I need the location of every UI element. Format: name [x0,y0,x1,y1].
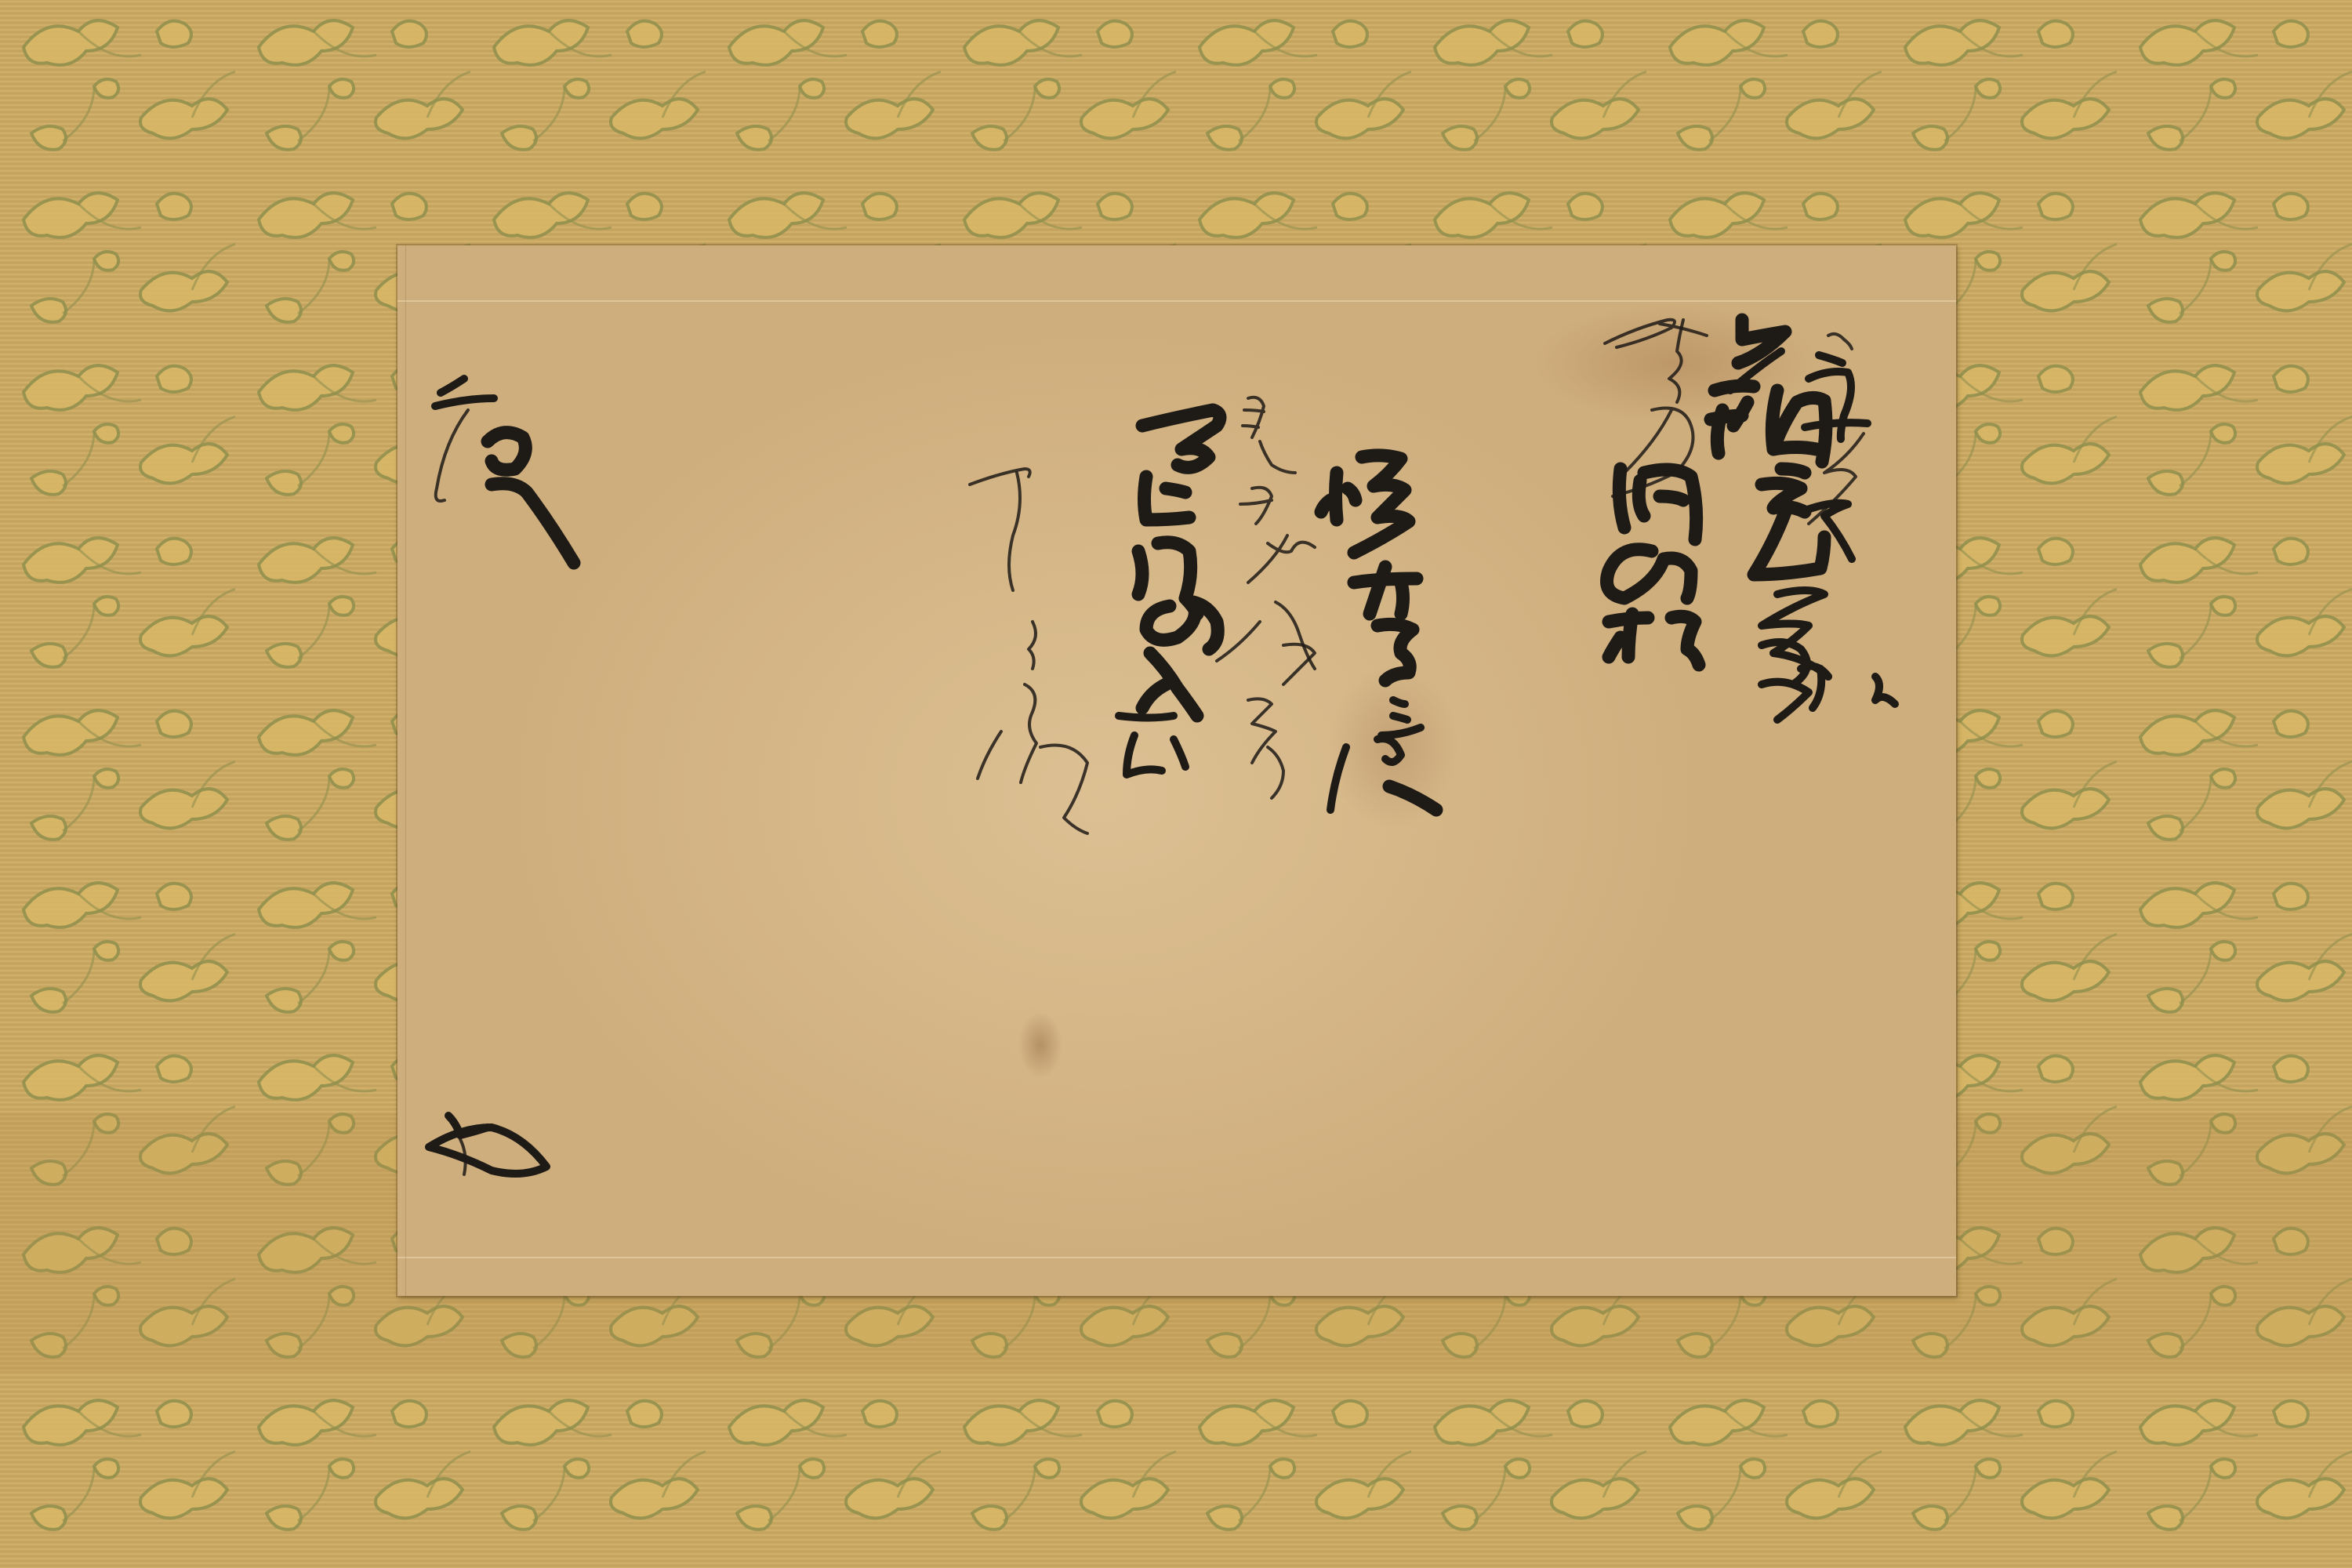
column-5 [1217,397,1315,798]
calligraphy-strokes [397,245,1956,1296]
scroll-photo: 之夜 巴 Japanese cursive kana (sōsho / chir… [0,0,2352,1568]
column-7 [970,469,1087,833]
calligraphy-ink [397,245,1956,1296]
column-6 [1119,410,1220,775]
column-4 [1321,456,1436,810]
signature [435,379,574,563]
calligraphy-paper [397,245,1956,1296]
column-3 [1605,320,1707,665]
monogram [429,1116,546,1174]
column-2 [1711,320,1895,720]
